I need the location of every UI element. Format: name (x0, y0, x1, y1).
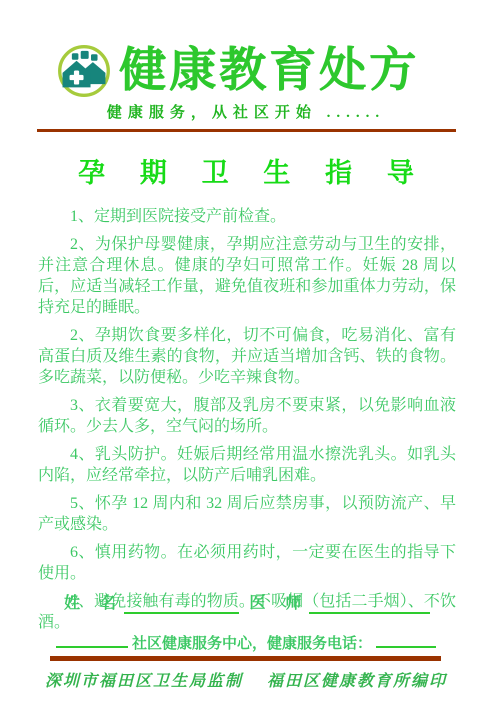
guideline-item: 4、乳头防护。妊娠后期经常用温水擦洗乳头。如乳头内陷，应经常牵拉，以防产后哺乳困… (38, 444, 456, 486)
guideline-item: 2、为保护母婴健康，孕期应注意劳动与卫生的安排，并注意合理休息。健康的孕妇可照常… (38, 234, 456, 318)
center-name-fill-line (56, 628, 128, 648)
name-label: 姓 名 (64, 594, 124, 614)
phone-fill-line (376, 628, 436, 648)
guideline-item: 3、衣着要宽大，腹部及乳房不要束紧，以免影响血液循环。少去人多，空气闷的场所。 (38, 395, 456, 437)
footer-divider (50, 656, 441, 661)
service-center-row: 社区健康服务中心，健康服务电话： (0, 628, 492, 653)
guideline-item: 2、孕期饮食要多样化，切不可偏食，吃易消化、富有高蛋白质及维生素的食物，并应适当… (38, 325, 456, 388)
header-divider (37, 129, 456, 132)
header: 健康教育处方 (56, 43, 419, 99)
imprint-text: 深圳市福田区卫生局监制 福田区健康教育所编印 (0, 668, 492, 691)
doctor-fill-line (309, 594, 430, 614)
prescription-page: 健康教育处方 健康服务，从社区开始 ...... 孕 期 卫 生 指 导 1、定… (0, 0, 492, 721)
doctor-label: 医 师 (249, 594, 309, 614)
guideline-list: 1、定期到医院接受产前检查。 2、为保护母婴健康，孕期应注意劳动与卫生的安排，并… (38, 206, 456, 640)
service-center-label: 社区健康服务中心，健康服务电话： (132, 636, 372, 652)
brand-title: 健康教育处方 (119, 48, 419, 95)
guideline-item: 5、怀孕 12 周内和 32 周后应禁房事，以预防流产、早产或感染。 (38, 493, 456, 535)
signature-row: 姓 名 医 师 (64, 594, 430, 614)
guideline-item: 6、慎用药物。在必须用药时，一定要在医生的指导下使用。 (38, 542, 456, 584)
community-health-logo-icon (56, 43, 112, 99)
page-title: 孕 期 卫 生 指 导 (0, 151, 492, 190)
brand-slogan: 健康服务，从社区开始 ...... (0, 101, 492, 122)
guideline-item: 1、定期到医院接受产前检查。 (38, 206, 456, 227)
name-fill-line (124, 594, 239, 614)
